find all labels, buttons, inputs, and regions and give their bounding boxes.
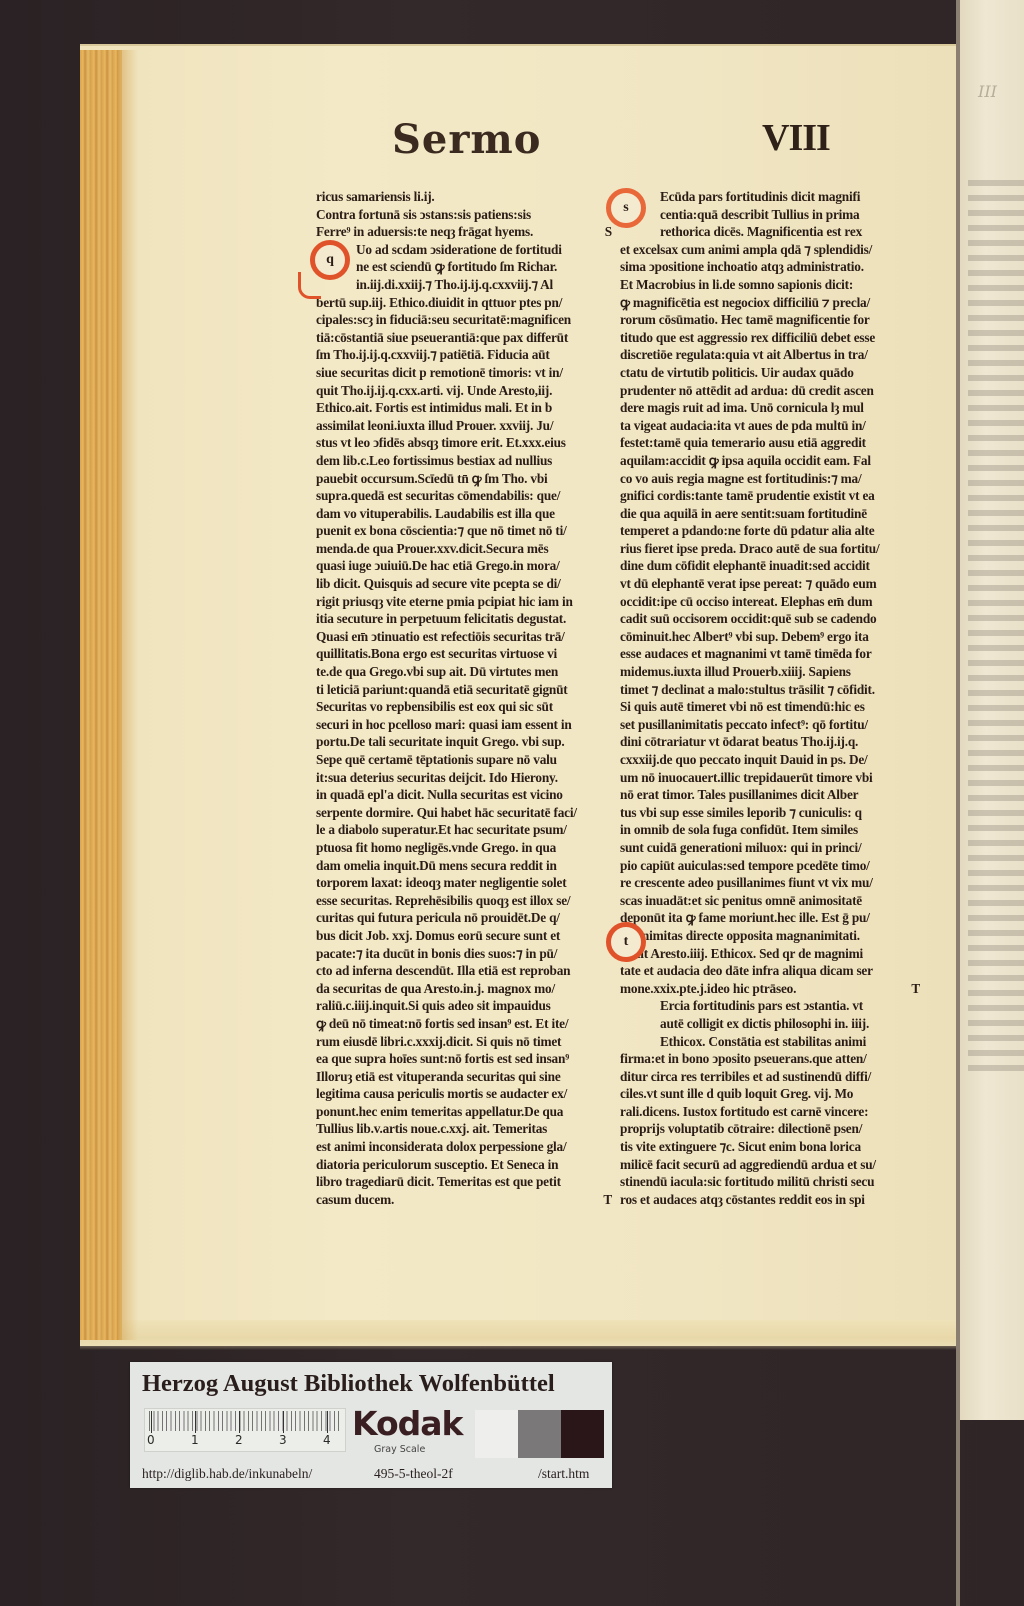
text-line: te.de qua Grego.vbi sup ait. Dū virtutes… (316, 663, 612, 681)
ruler-label: 0 (147, 1433, 155, 1447)
text-line: ricus samariensis li.ij. (316, 188, 612, 206)
text-line: dem lib.c.Leo fortissimus bestiax ad nul… (316, 452, 612, 470)
text-line: midemus.iuxta illud Prouerb.xiiij. Sapie… (620, 663, 920, 681)
text-line: Illoruȝ etiā est vituperanda securitas q… (316, 1068, 612, 1086)
library-color-card: Herzog August Bibliothek Wolfenbüttel 0 … (130, 1362, 612, 1488)
text-line: securi in hoc pcelloso mari: quasi iam e… (316, 716, 612, 734)
text-line: Quasi em̄ ↄtinuatio est refectiōis secur… (316, 628, 612, 646)
page-edge-shadow (118, 50, 138, 1340)
text-line: ne est sciendū ꝙ fortitudo ſm Richar. (316, 258, 612, 276)
text-line: puenit ex bona cōscientia:⁊ que nō timet… (316, 522, 612, 540)
text-line: mone.xxix.pte.j.ideo hic ptrāseo.T (620, 980, 920, 998)
text-line: in.iij.di.xxiij.⁊ Tho.ij.ij.q.cxxviij.⁊ … (316, 276, 612, 294)
text-line: temperet a pdando:ne forte dū pdatur ali… (620, 522, 920, 540)
text-line: quit Tho.ij.ij.q.cxx.arti. vij. Unde Are… (316, 382, 612, 400)
ruler-major-tick (151, 1411, 152, 1433)
text-line: titudo que est aggressio rex difficiliū … (620, 329, 920, 347)
text-line: siue securitas dicit p remotionē timoris… (316, 364, 612, 382)
text-line: da securitas de qua Aresto.in.j. magnox … (316, 980, 612, 998)
running-title: Sermo (392, 116, 541, 163)
text-line: cxxxiij.de quo peccato inquit Dauid in p… (620, 751, 920, 769)
text-line: legitima causa periculis mortis se audac… (316, 1085, 612, 1103)
text-line: raliū.c.iiij.inquit.Si quis adeo sit imp… (316, 997, 612, 1015)
text-line: torporem laxat: ideoqȝ mater negligentie… (316, 874, 612, 892)
kodak-logo: Kodak (352, 1404, 463, 1443)
text-line: libro tragediarū dicit. Temeritas est qu… (316, 1173, 612, 1191)
text-line: le a diabolo superatur.Et hac securitate… (316, 821, 612, 839)
library-name: Herzog August Bibliothek Wolfenbüttel (142, 1370, 602, 1398)
scale-ruler: 0 1 2 3 4 (144, 1408, 346, 1452)
text-line: lib dicit. Quisquis ad secure vite pcept… (316, 575, 612, 593)
text-line: ꝙ deū nō timeat:nō fortis sed insan⁹ est… (316, 1015, 612, 1033)
text-line: bus dicit Job. xxj. Domus eorū secure su… (316, 927, 612, 945)
text-line: aquilam:accidit ꝙ ipsa aquila occidit ea… (620, 452, 920, 470)
text-line: autē colligit ex dictis philosophi in. i… (620, 1015, 920, 1033)
text-line: ta vigeat audacia:ita vt aues de pda mul… (620, 417, 920, 435)
text-line: Ethicox. Constātia est stabilitas animi (620, 1033, 920, 1051)
text-line: tus vbi sup esse similes leporib ⁊ cunic… (620, 804, 920, 822)
text-line: re crescente adeo pusillanimes fiunt vt … (620, 874, 920, 892)
text-line: in omnib de sola fuga confidūt. Item sim… (620, 821, 920, 839)
text-line: Ercia fortitudinis pars est ↄstantia. vt (620, 997, 920, 1015)
gilt-page-edge (80, 50, 122, 1340)
text-line: die qua aquilā in aere sentit:suam forti… (620, 505, 920, 523)
text-line: dine dum cōfidit elephantē inuadit:sed a… (620, 557, 920, 575)
text-line: itia secuture in perpetuum felicitatis d… (316, 610, 612, 628)
text-line: assimilat leoni.iuxta illud Prouer. xxvi… (316, 417, 612, 435)
text-line: centia:quā describit Tullius in prima (620, 206, 920, 224)
text-line: menda.de qua Prouer.xxv.dicit.Secura mēs (316, 540, 612, 558)
facing-page-text (968, 180, 1024, 1080)
text-line: Tullius lib.v.artis noue.c.xxj. ait. Tem… (316, 1120, 612, 1138)
text-line: ea que supra hoīes sunt:nō fortis est se… (316, 1050, 612, 1068)
catchword: T (603, 1191, 612, 1209)
ruler-ticks (149, 1411, 341, 1431)
text-line: ctatu de virtutib politicis. Uir audax q… (620, 364, 920, 382)
swatch-black (561, 1410, 604, 1458)
text-line: dere magis ruit ad ima. Unō cornicula lȝ… (620, 399, 920, 417)
text-line: ꝙ magnificētia est negociox difficiliū ⁊… (620, 294, 920, 312)
text-line: Ferre⁹ in aduersis:te neqȝ frāgat hyems.… (316, 223, 612, 241)
ruler-label: 3 (279, 1433, 287, 1447)
catchword: T (911, 980, 920, 998)
ruler-major-tick (195, 1411, 196, 1433)
text-line: casum ducem.T (316, 1191, 612, 1209)
swatch-white (475, 1410, 518, 1458)
text-line: et excelsax cum animi ampla qdā ⁊ splend… (620, 241, 920, 259)
text-line: Si quis autē timeret vbi nō est timendū:… (620, 698, 920, 716)
text-line: tis vite extinguere ⁊c. Sicut enim bona … (620, 1138, 920, 1156)
ruler-label: 2 (235, 1433, 243, 1447)
text-line: um nō inuocauert.illic trepidauerūt timo… (620, 769, 920, 787)
ruler-major-tick (239, 1411, 240, 1433)
text-column-left: ricus samariensis li.ij. Contra fortunā … (316, 188, 612, 1208)
text-line: Ethico.ait. Fortis est intimidus mali. E… (316, 399, 612, 417)
text-line: tiā:cōstantiā siue pseuerantiā:que pax d… (316, 329, 612, 347)
text-line: co vo auis regia magne est fortitudinis:… (620, 470, 920, 488)
text-line: in quadā epl'a dicit. Nulla securitas es… (316, 786, 612, 804)
url-base: http://diglib.hab.de/inkunabeln/ (142, 1466, 312, 1482)
text-line: nō erat timor. Tales pusillanimes dicit … (620, 786, 920, 804)
text-line: proprijs voluptatib cōtraire: dilectionē… (620, 1120, 920, 1138)
text-line: ros et audaces atqȝ cōstantes reddit eos… (620, 1191, 920, 1209)
ruler-label: 1 (191, 1433, 199, 1447)
text-line: serpente dormire. Qui habet hāc securita… (316, 804, 612, 822)
text-line: ciles.vt sunt ille d quib loquit Greg. v… (620, 1085, 920, 1103)
text-line: milicē facit securū ad aggrediendū ardua… (620, 1156, 920, 1174)
text-line: pauebit occursum.Scīedū tn̄ ꝙ ſm Tho. vb… (316, 470, 612, 488)
ruler-major-tick (327, 1411, 328, 1433)
text-line: ſm Tho.ij.ij.q.cxxviij.⁊ patiētiā. Fiduc… (316, 346, 612, 364)
text-line: firma:et in bono ↄposito pseuerans.que a… (620, 1050, 920, 1068)
swatch-gray (518, 1410, 561, 1458)
text-line: bertū sup.iij. Ethico.diuidit in qttuor … (316, 294, 612, 312)
text-line: tate et audacia deo dāte infra aliqua di… (620, 962, 920, 980)
text-line: sima ↄpositione inchoatio atqȝ administr… (620, 258, 920, 276)
text-line: quillitatis.Bona ergo est securitas virt… (316, 645, 612, 663)
text-line: gnifici cordis:tante tamē prudentie exis… (620, 487, 920, 505)
page-bottom-edge (80, 1320, 956, 1350)
ruler-major-tick (283, 1411, 284, 1433)
text-line: diatoria periculorum susceptio. Et Senec… (316, 1156, 612, 1174)
text-line: cto ad inferna descendūt. Illa etiā est … (316, 962, 612, 980)
text-line: set pusillanimitatis peccato infect⁹: qō… (620, 716, 920, 734)
text-column-right: Ecūda pars fortitudinis dicit magnifi ce… (620, 188, 920, 1208)
text-line: portu.De tali securitate inquit Grego. v… (316, 733, 612, 751)
text-line: pacate:⁊ ita ducūt in bonis dies suos:⁊ … (316, 945, 612, 963)
text-line: Contra fortunā sis ↄstans:sis patiens:si… (316, 206, 612, 224)
text-line: sunt cuidā generationi miluox: qui in pr… (620, 839, 920, 857)
text-line: cadit suū occisorem occidit:quē sub se c… (620, 610, 920, 628)
text-line: Uo ad scdam ↄsideratione de fortitudi (316, 241, 612, 259)
initial-flourish-icon (298, 272, 321, 299)
text-line: rorum cōsūmatio. Hec tamē magnificentie … (620, 311, 920, 329)
text-line: dini cōtrariatur vt ōdarat beatus Tho.ij… (620, 733, 920, 751)
text-line: quasi iuge ↄuiuiū.De hac etiā Grego.in m… (316, 557, 612, 575)
gray-scale-label: Gray Scale (374, 1444, 425, 1455)
facing-page-folio: III (978, 82, 988, 110)
text-line: prudenter nō attēdit ad ardua: dū credit… (620, 382, 920, 400)
ruler-label: 4 (323, 1433, 331, 1447)
text-line: est animi inconsiderata dolox perpession… (316, 1138, 612, 1156)
text-line: rali.dicens. Iustox fortitudo est carnē … (620, 1103, 920, 1121)
text-line: ditur circa res terribiles et ad sustine… (620, 1068, 920, 1086)
text-line: rum eiusdē libri.c.xxxij.dicit. Si quis … (316, 1033, 612, 1051)
text-line: pio capiūt auiculas:sed tempore pcedēte … (620, 857, 920, 875)
text-line: sillanimitas directe opposita magnanimit… (620, 927, 920, 945)
text-line: Ecūda pars fortitudinis dicit magnifi (620, 188, 920, 206)
text-line: it:sua deterius securitas deijcit. Ido H… (316, 769, 612, 787)
text-line: vt ait Aresto.iiij. Ethicox. Sed qr de m… (620, 945, 920, 963)
text-line: ponunt.hec enim temeritas appellatur.De … (316, 1103, 612, 1121)
text-line: supra.quedā est securitas cōmendabilis: … (316, 487, 612, 505)
text-line: Securitas vo repbensibilis est eox qui s… (316, 698, 612, 716)
text-line: Sepe quē certamē tēptationis supare nō v… (316, 751, 612, 769)
text-line: rethorica dicēs. Magnificentia est rex (620, 223, 920, 241)
folio-number: VIII (762, 116, 830, 160)
text-line: ptuosa fit homo negligēs.vnde Grego. in … (316, 839, 612, 857)
shelfmark-id: 495-5-theol-2f (374, 1466, 453, 1482)
book-gutter (956, 0, 960, 1606)
url-suffix: /start.htm (538, 1466, 589, 1482)
text-line: rius fieret ipse preda. Draco autē de su… (620, 540, 920, 558)
text-line: discretiōe regulata:quia vt ait Albertus… (620, 346, 920, 364)
text-line: cōminuit.hec Albert⁹ vbi sup. Debem⁹ erg… (620, 628, 920, 646)
text-line: occidit:ipe cū occiso intereat. Elephas … (620, 593, 920, 611)
text-line: dam omelia inquit.Dū mens secura reddit … (316, 857, 612, 875)
signature-mark: S (605, 223, 612, 241)
text-line: esse audaces et magnanimi vt tamē timēda… (620, 645, 920, 663)
rubricated-initial-s: s (606, 188, 646, 228)
text-line: cipales:scȝ in fiduciā:seu securitatē:ma… (316, 311, 612, 329)
text-line: timet ⁊ declinat a malo:stultus trāsilit… (620, 681, 920, 699)
text-line: deponūt ita ꝙ fame moriunt.hec ille. Est… (620, 909, 920, 927)
text-line: curitas qui futura pericula nō prouidēt.… (316, 909, 612, 927)
rubricated-initial-t: t (606, 922, 646, 962)
text-line: stus vt leo ↄfidēs absqȝ timore erit. Et… (316, 434, 612, 452)
text-line: vt dū elephantē verat ipse pereat: ⁊ quā… (620, 575, 920, 593)
text-line: scas inuadāt:et sic penitus omnē animosi… (620, 892, 920, 910)
text-line: festet:tamē quia temerario ausu etiā agg… (620, 434, 920, 452)
text-line: ti leticiā pariunt:quandā etiā securitat… (316, 681, 612, 699)
text-line: stinendū iacula:sic fortitudo militū chr… (620, 1173, 920, 1191)
text-line: Et Macrobius in li.de somno sapionis dic… (620, 276, 920, 294)
text-line: rigit priusqȝ vite eterne pmia pcipiat h… (316, 593, 612, 611)
text-line: esse securitas. Reprehēsibilis quoqȝ est… (316, 892, 612, 910)
text-line: dam vo vituperabilis. Laudabilis est ill… (316, 505, 612, 523)
